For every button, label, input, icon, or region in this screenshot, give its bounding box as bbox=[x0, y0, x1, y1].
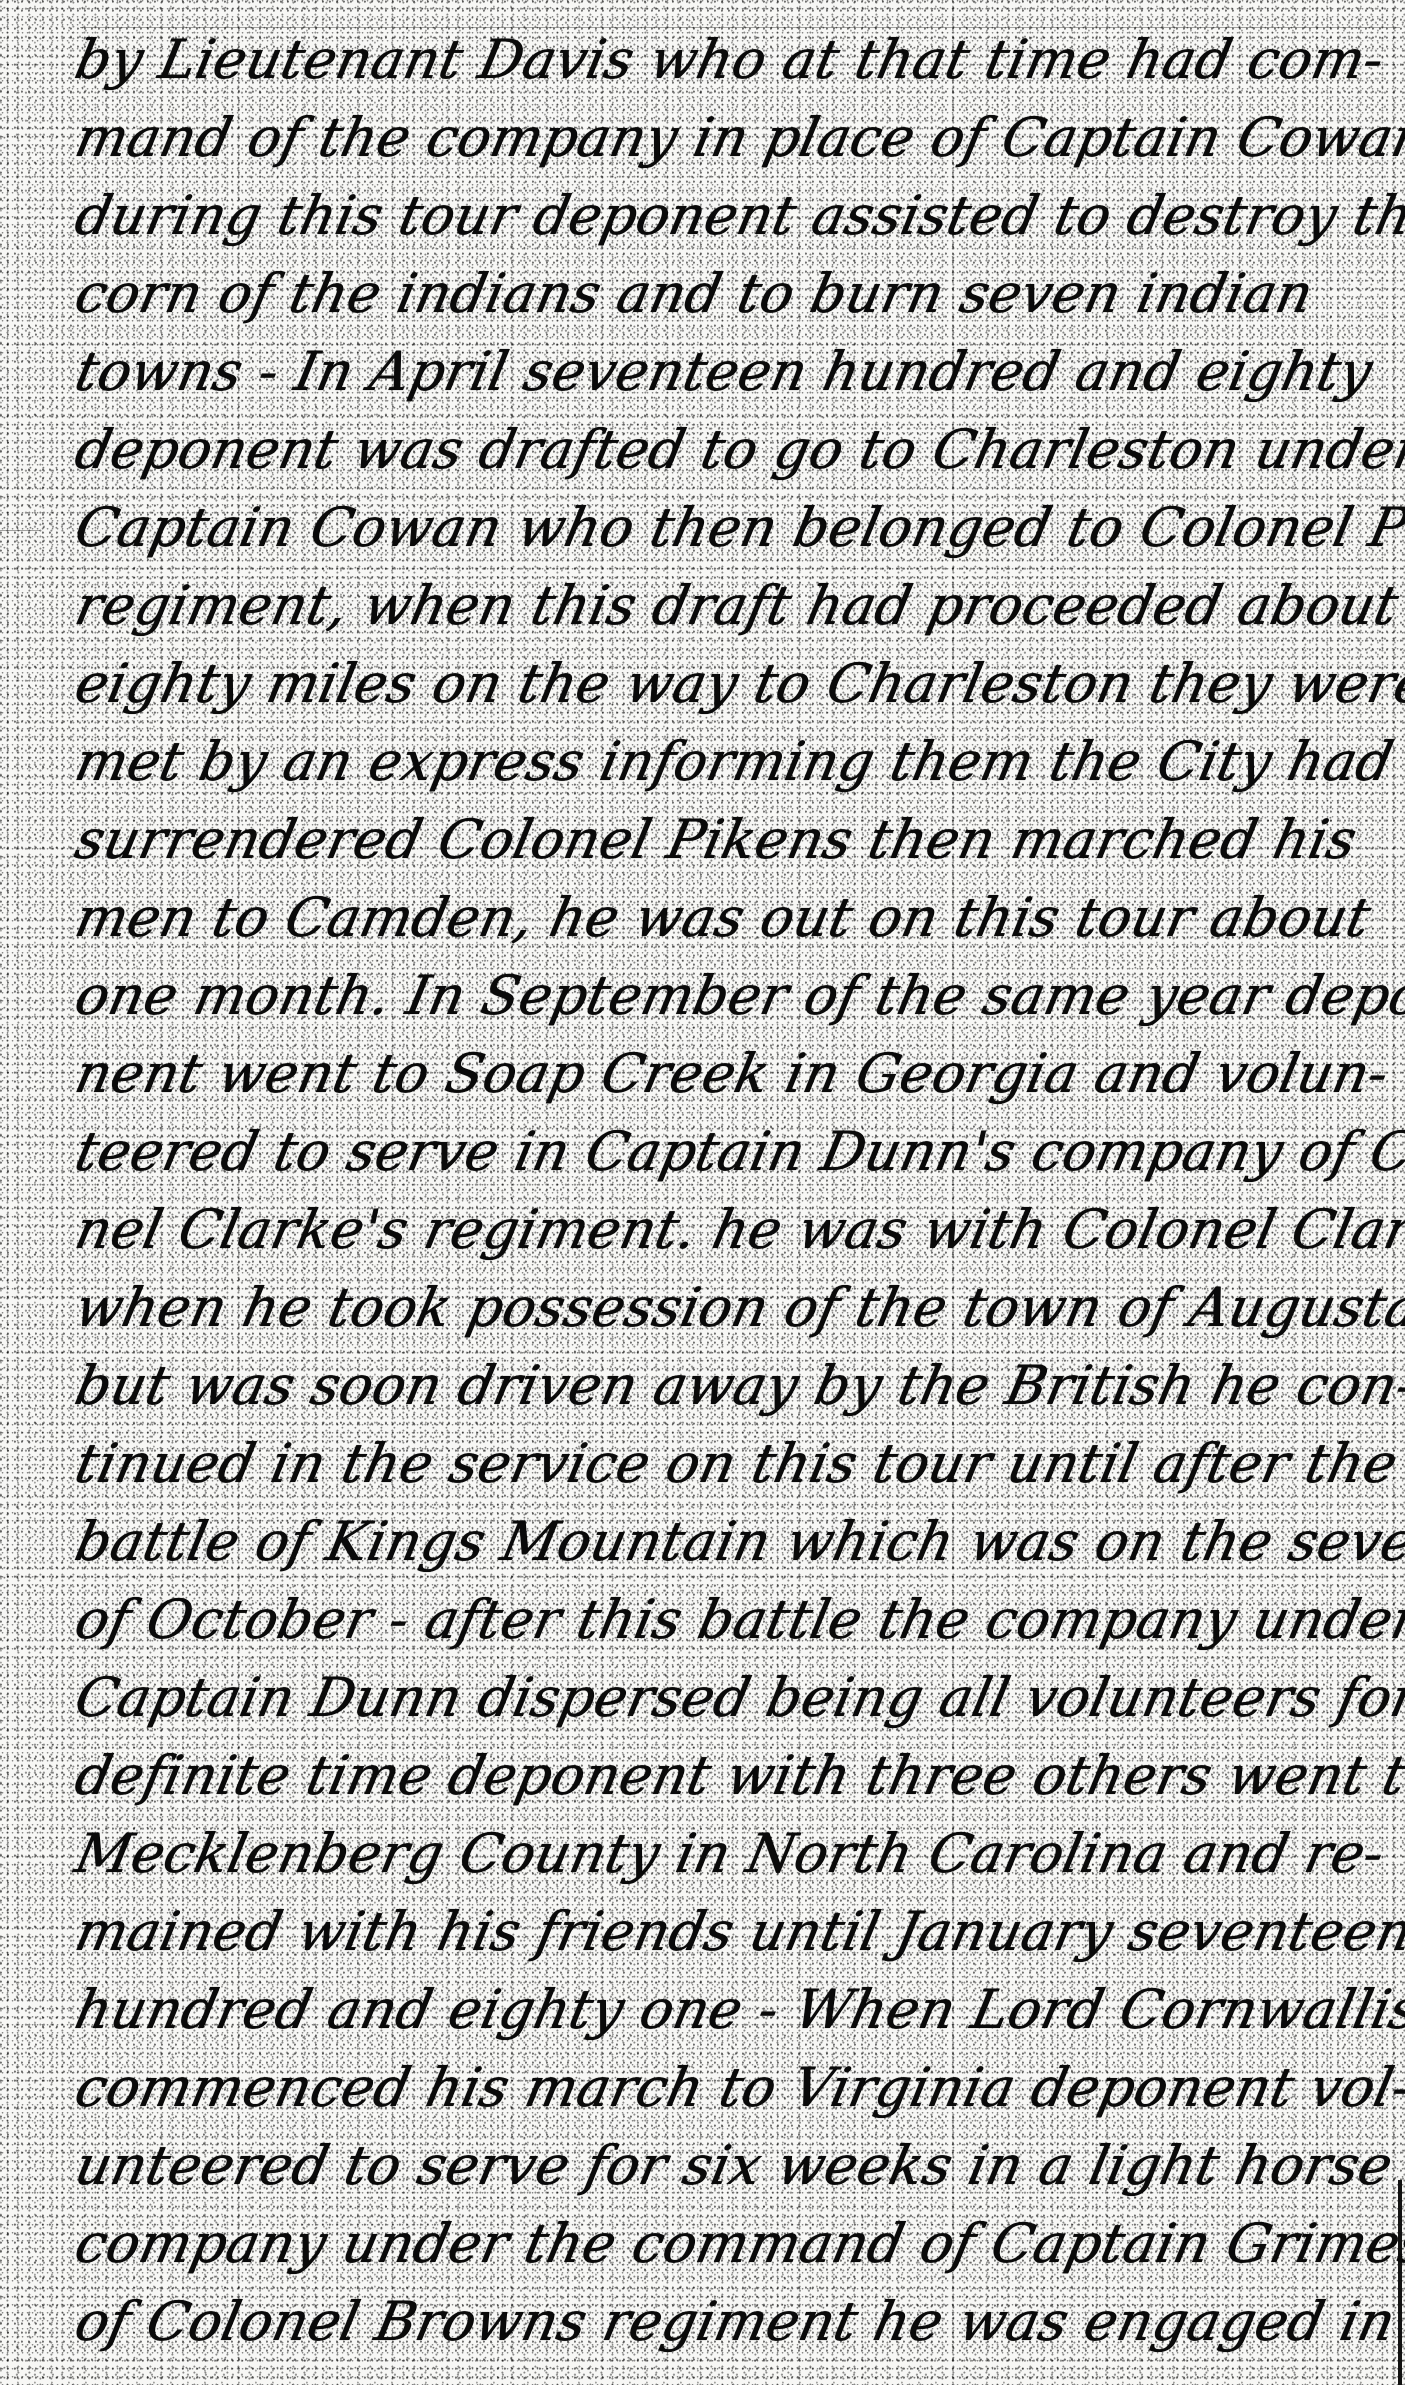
text-line: nent went to Soap Creek in Georgia and v… bbox=[70, 1044, 1403, 1104]
text-line: definite time deponent with three others… bbox=[70, 1746, 1403, 1806]
text-line: deponent was drafted to go to Charleston… bbox=[70, 420, 1403, 480]
text-line: men to Camden, he was out on this tour a… bbox=[70, 888, 1403, 948]
text-line: corn of the indians and to burn seven in… bbox=[70, 264, 1403, 324]
text-line: but was soon driven away by the British … bbox=[70, 1356, 1403, 1416]
text-line: towns - In April seventeen hundred and e… bbox=[70, 342, 1403, 402]
text-line: regiment, when this draft had proceeded … bbox=[70, 576, 1403, 636]
text-line: surrendered Colonel Pikens then marched … bbox=[70, 810, 1403, 870]
ruled-line-margin bbox=[0, 530, 40, 531]
text-line: company under the command of Captain Gri… bbox=[70, 2214, 1403, 2274]
text-line: of October - after this battle the compa… bbox=[70, 1590, 1403, 1650]
manuscript-page: by Lieutenant Davis who at that time had… bbox=[0, 0, 1405, 2385]
text-line: when he took possession of the town of A… bbox=[70, 1278, 1403, 1338]
text-line: mand of the company in place of Captain … bbox=[70, 108, 1403, 168]
text-line: eighty miles on the way to Charleston th… bbox=[70, 654, 1403, 714]
text-line: by Lieutenant Davis who at that time had… bbox=[70, 30, 1403, 90]
text-line: mained with his friends until January se… bbox=[70, 1902, 1403, 1962]
text-line: of Colonel Browns regiment he was engage… bbox=[70, 2292, 1403, 2352]
text-line: during this tour deponent assisted to de… bbox=[70, 186, 1403, 246]
text-line: Captain Cowan who then belonged to Colon… bbox=[70, 498, 1403, 558]
page-edge bbox=[1398, 2180, 1402, 2385]
text-line: unteered to serve for six weeks in a lig… bbox=[70, 2136, 1403, 2196]
text-line: met by an express informing them the Cit… bbox=[70, 732, 1403, 792]
text-line: nel Clarke's regiment. he was with Colon… bbox=[70, 1200, 1403, 1260]
text-line: Captain Dunn dispersed being all volunte… bbox=[70, 1668, 1403, 1728]
text-line: tinued in the service on this tour until… bbox=[70, 1434, 1403, 1494]
text-line: one month. In September of the same year… bbox=[70, 966, 1403, 1026]
text-line: teered to serve in Captain Dunn's compan… bbox=[70, 1122, 1403, 1182]
text-line: Mecklenberg County in North Carolina and… bbox=[70, 1824, 1403, 1884]
text-line: hundred and eighty one - When Lord Cornw… bbox=[70, 1980, 1403, 2040]
text-line: commenced his march to Virginia deponent… bbox=[70, 2058, 1403, 2118]
text-line: battle of Kings Mountain which was on th… bbox=[70, 1512, 1403, 1572]
